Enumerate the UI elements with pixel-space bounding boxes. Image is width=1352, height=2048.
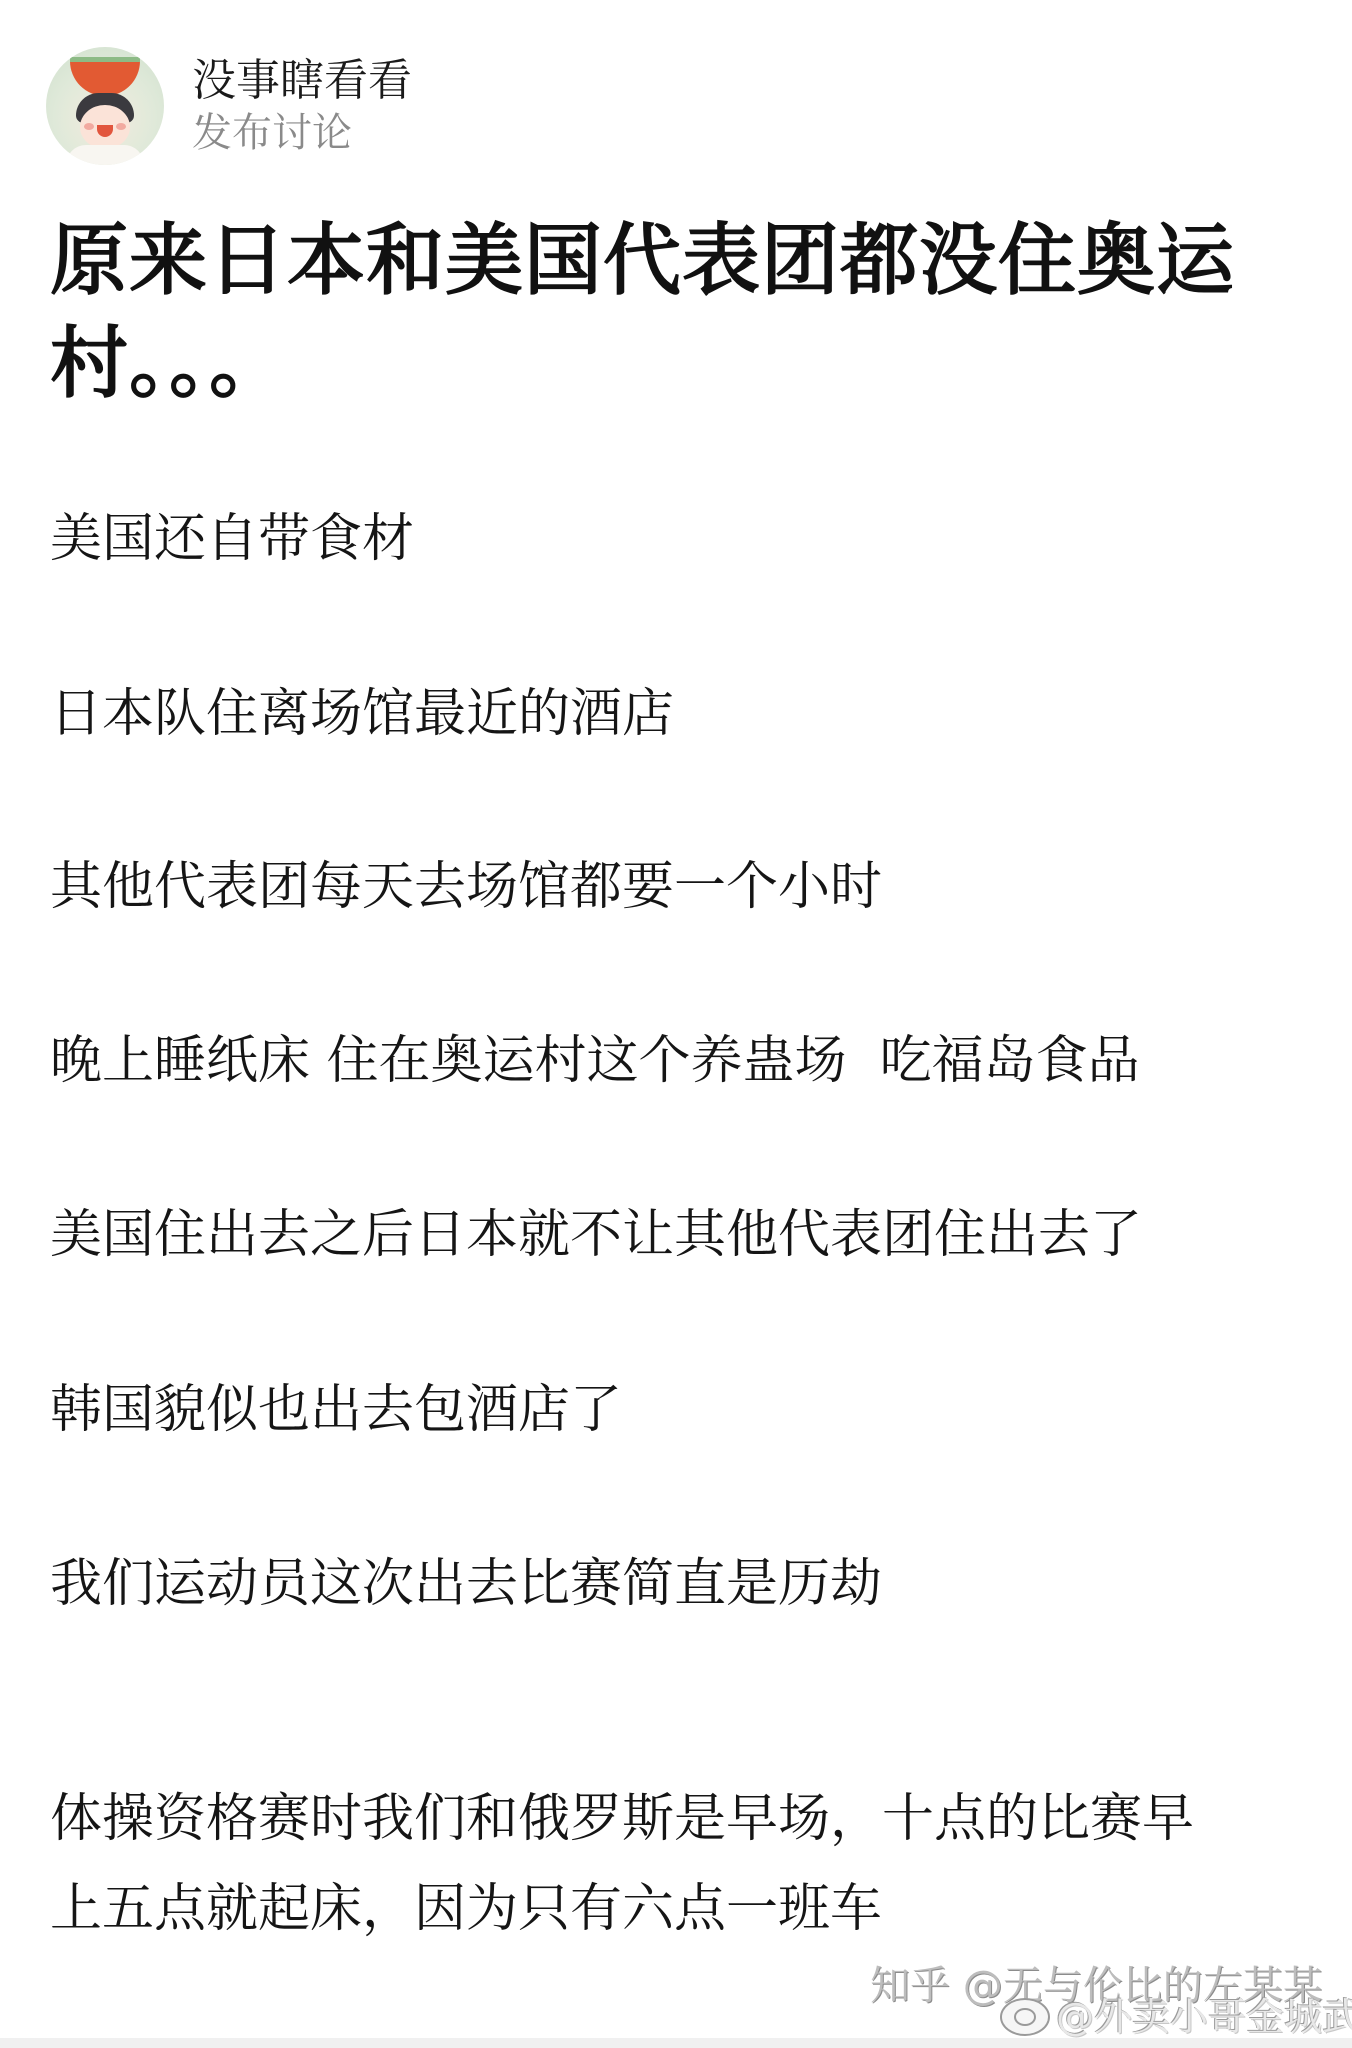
body-line: 美国还自带食材 [50, 508, 414, 570]
avatar-shirt [66, 145, 144, 165]
body-line: 其他代表团每天去场馆都要一个小时 [50, 856, 882, 918]
post-header: 没事瞎看看 发布讨论 [46, 46, 412, 166]
body-line: 美国住出去之后日本就不让其他代表团住出去了 [50, 1204, 1142, 1266]
body-line: 上五点就起床，因为只有六点一班车 [50, 1878, 882, 1940]
body-line: 晚上睡纸床 住在奥运村这个养蛊场 吃福岛食品 [50, 1030, 1140, 1092]
body-line: 韩国貌似也出去包酒店了 [50, 1379, 622, 1441]
body-line: 我们运动员这次出去比赛简直是历劫 [50, 1553, 882, 1615]
bottom-bar [0, 2038, 1352, 2048]
body-line: 体操资格赛时我们和俄罗斯是早场，十点的比赛早 [50, 1788, 1194, 1850]
avatar-cheek [116, 123, 126, 130]
watermelon-icon [70, 57, 140, 96]
post-action-label: 发布讨论 [192, 108, 412, 158]
weibo-logo-icon [1000, 1998, 1050, 2036]
body-line: 日本队住离场馆最近的酒店 [50, 683, 674, 745]
author-info: 没事瞎看看 发布讨论 [192, 54, 412, 158]
post-title: 原来日本和美国代表团都没住奥运村。。。 [50, 210, 1310, 416]
author-avatar[interactable] [46, 47, 164, 165]
avatar-cheek [84, 123, 94, 130]
author-name[interactable]: 没事瞎看看 [192, 54, 412, 108]
weibo-watermark: @外卖小哥金城武 [1000, 1996, 1352, 2038]
weibo-watermark-text: @外卖小哥金城武 [1056, 1996, 1352, 2038]
